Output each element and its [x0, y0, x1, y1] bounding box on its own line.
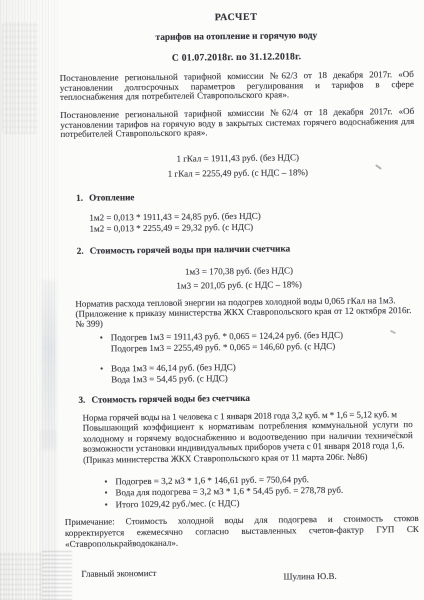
document-period: С 01.07.2018г. по 31.12.2018г. [60, 51, 414, 64]
section-3-heading: 3.Стоимость горячей воды без счетчика [78, 391, 417, 405]
coefficient-text: Повышающий коэффициент к нормативам потр… [83, 419, 413, 455]
scan-artifact-lower-left [40, 430, 56, 600]
section-2-title: Стоимость горячей воды при наличии счетч… [90, 243, 291, 255]
section-1-title: Отопление [89, 192, 134, 203]
rate-line: 1м3 = 201,05 руб. (с НДС – 18%) [62, 276, 416, 294]
signer-role: Главный экономист [81, 568, 156, 579]
scan-artifact-left-edge [0, 0, 58, 600]
bullet-lines: Подогрев 1м3 = 1911,43 руб. * 0,065 = 12… [111, 329, 343, 355]
bullet-line: Итого 1029,42 руб./мес. (с НДС) [116, 498, 240, 511]
document-content: РАСЧЕТ тарифов на отопление и горячую во… [59, 6, 420, 594]
scan-artifact-top-left [2, 22, 38, 134]
list-item: Подогрев 1м3 = 1911,43 руб. * 0,065 = 12… [100, 329, 417, 356]
bullet-line: Подогрев 1м3 = 2255,49 руб. * 0,065 = 14… [111, 341, 343, 355]
section-1-formulas: 1м2 = 0,013 * 1911,43 = 24,85 руб. (без … [89, 209, 415, 236]
document-title: РАСЧЕТ [59, 11, 413, 24]
bullet-line: Вода 1м3 = 54,45 руб. (с НДС) [111, 373, 236, 386]
section-2-number: 2. [77, 245, 90, 255]
decree-paragraph-2: Постановление региональной тарифной коми… [60, 107, 414, 139]
section-2-norm-paragraph: Норматив расхода тепловой энергии на под… [75, 295, 411, 329]
note-paragraph: Примечание: Стоимость холодной воды для … [65, 513, 419, 550]
scan-artifact-mid-left [42, 280, 56, 450]
section-2-rates: 1м3 = 170,38 руб. (без НДС) 1м3 = 201,05… [62, 262, 416, 294]
section-2-heading: 2.Стоимость горячей воды при наличии сче… [77, 242, 416, 256]
bullet-lines: Вода 1м3 = 46,14 руб. (без НДС) Вода 1м3… [111, 362, 236, 386]
list-item: Итого 1029,42 руб./мес. (с НДС) [105, 496, 419, 511]
decree-paragraph-1: Постановление региональной тарифной коми… [60, 70, 414, 102]
section-3-bullet-list: Подогрев = 3,2 м3 * 1,6 * 146,61 руб. = … [104, 473, 418, 511]
section-1-number: 1. [76, 192, 89, 202]
section-3-number: 3. [78, 394, 91, 404]
scan-artifact-bottom-corner [0, 552, 42, 600]
section-3-paragraph: Норма горячей воды на 1 человека с 1 янв… [83, 409, 414, 466]
gcal-rates: 1 гКал = 1911,43 руб. (без НДС) 1 гКал =… [61, 149, 415, 184]
list-item: Вода 1м3 = 46,14 руб. (без НДС) Вода 1м3… [100, 360, 417, 387]
signer-name: Шулина Ю.В. [283, 572, 336, 582]
scanned-document-page: РАСЧЕТ тарифов на отопление и горячую во… [0, 0, 424, 600]
gcal-rate-line: 1 гКал = 2255,49 руб. (с НДС – 18%) [61, 164, 415, 184]
section-2-bullet-list: Подогрев 1м3 = 1911,43 руб. * 0,065 = 12… [100, 329, 418, 387]
formula-line: 1м2 = 0,013 * 2255,49 = 29,32 руб. (с НД… [89, 220, 415, 235]
section-1-heading: 1.Отопление [76, 189, 415, 203]
document-subtitle: тарифов на отопление и горячую воду [59, 31, 413, 44]
signature-line: Главный экономист Шулина Ю.В. [65, 566, 419, 594]
section-3-title: Стоимость горячей воды без счетчика [91, 393, 250, 405]
norm-reference: (Приложение к приказу министерства ЖКХ С… [75, 305, 411, 329]
